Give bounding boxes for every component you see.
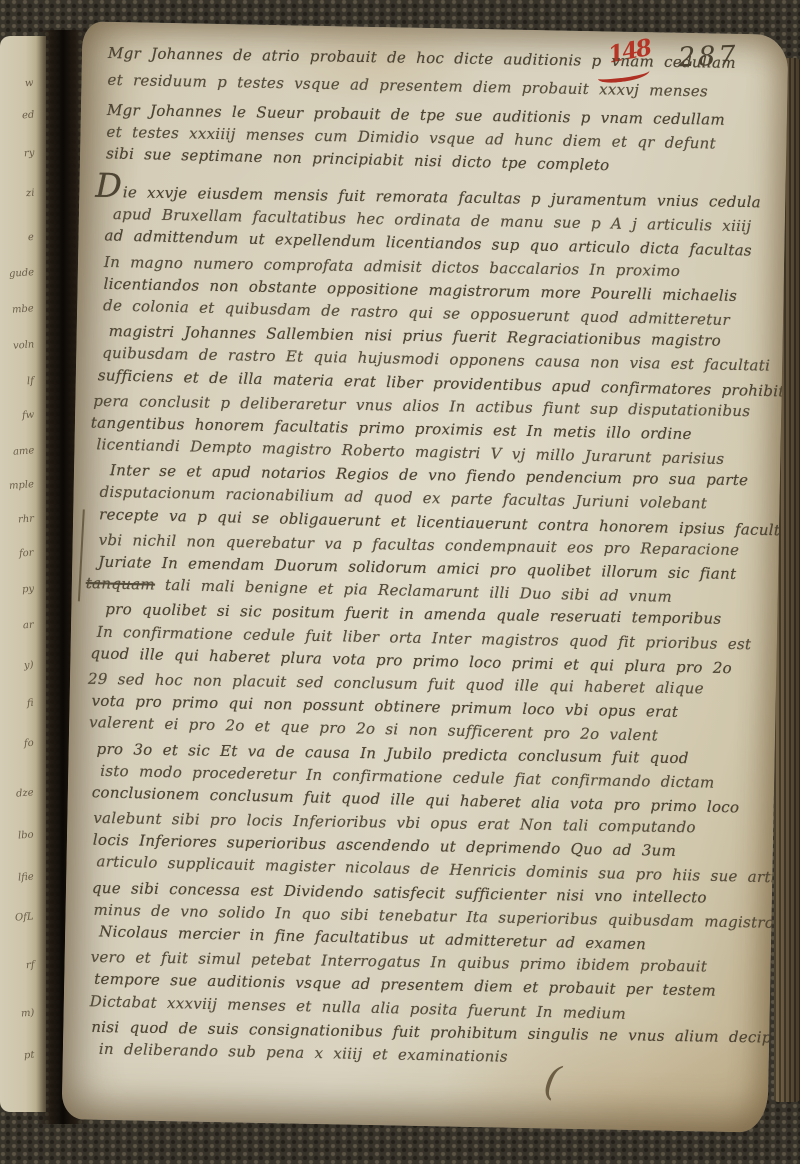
edge-fragment: m) xyxy=(20,1008,34,1020)
strike-through-word: tanquam xyxy=(86,574,156,594)
entry-paragraph-3: Die xxvje eiusdem mensis fuit remorata f… xyxy=(89,180,776,1074)
edge-fragment: ar xyxy=(23,620,34,632)
edge-fragment: rhr xyxy=(18,513,35,525)
edge-fragment: ry xyxy=(23,148,34,160)
edge-fragment: py xyxy=(22,584,35,596)
edge-fragment: for xyxy=(19,548,34,560)
edge-fragment: y) xyxy=(24,660,34,672)
edge-fragment: w xyxy=(25,78,34,90)
margin-mark xyxy=(78,509,85,601)
edge-fragment: voln xyxy=(12,339,34,351)
edge-fragment: lbo xyxy=(18,829,34,841)
edge-fragment: fw xyxy=(21,410,34,422)
edge-fragment: fi xyxy=(27,698,34,709)
edge-fragment: mbe xyxy=(12,303,35,315)
edge-fragment: mple xyxy=(9,479,35,492)
manuscript-photo: wedryziegudembevolnlffwamemplerhrforpyar… xyxy=(0,0,800,1164)
edge-fragment: fo xyxy=(24,738,34,750)
edge-fragment: lf xyxy=(27,376,35,387)
edge-fragment: ame xyxy=(12,445,34,457)
edge-fragment: dze xyxy=(16,787,34,799)
initial-capital: D xyxy=(95,166,123,205)
edge-fragment: ed xyxy=(21,110,34,122)
entry-paragraph-1: Mgr Johannes de atrio probauit de hoc di… xyxy=(107,38,778,107)
edge-fragment: lfie xyxy=(18,871,35,883)
edge-fragment: OfL xyxy=(15,911,34,923)
entry-paragraph-2: Mgr Johannes le Sueur probauit de tpe su… xyxy=(106,98,777,180)
edge-fragment: pt xyxy=(23,1050,34,1062)
edge-fragment: e xyxy=(28,232,35,243)
edge-fragment: rf xyxy=(25,960,34,972)
manuscript-page: 148 287 Mgr Johannes de atrio probauit d… xyxy=(62,21,789,1132)
edge-fragment: zi xyxy=(25,188,34,200)
edge-fragment: gude xyxy=(8,267,34,280)
